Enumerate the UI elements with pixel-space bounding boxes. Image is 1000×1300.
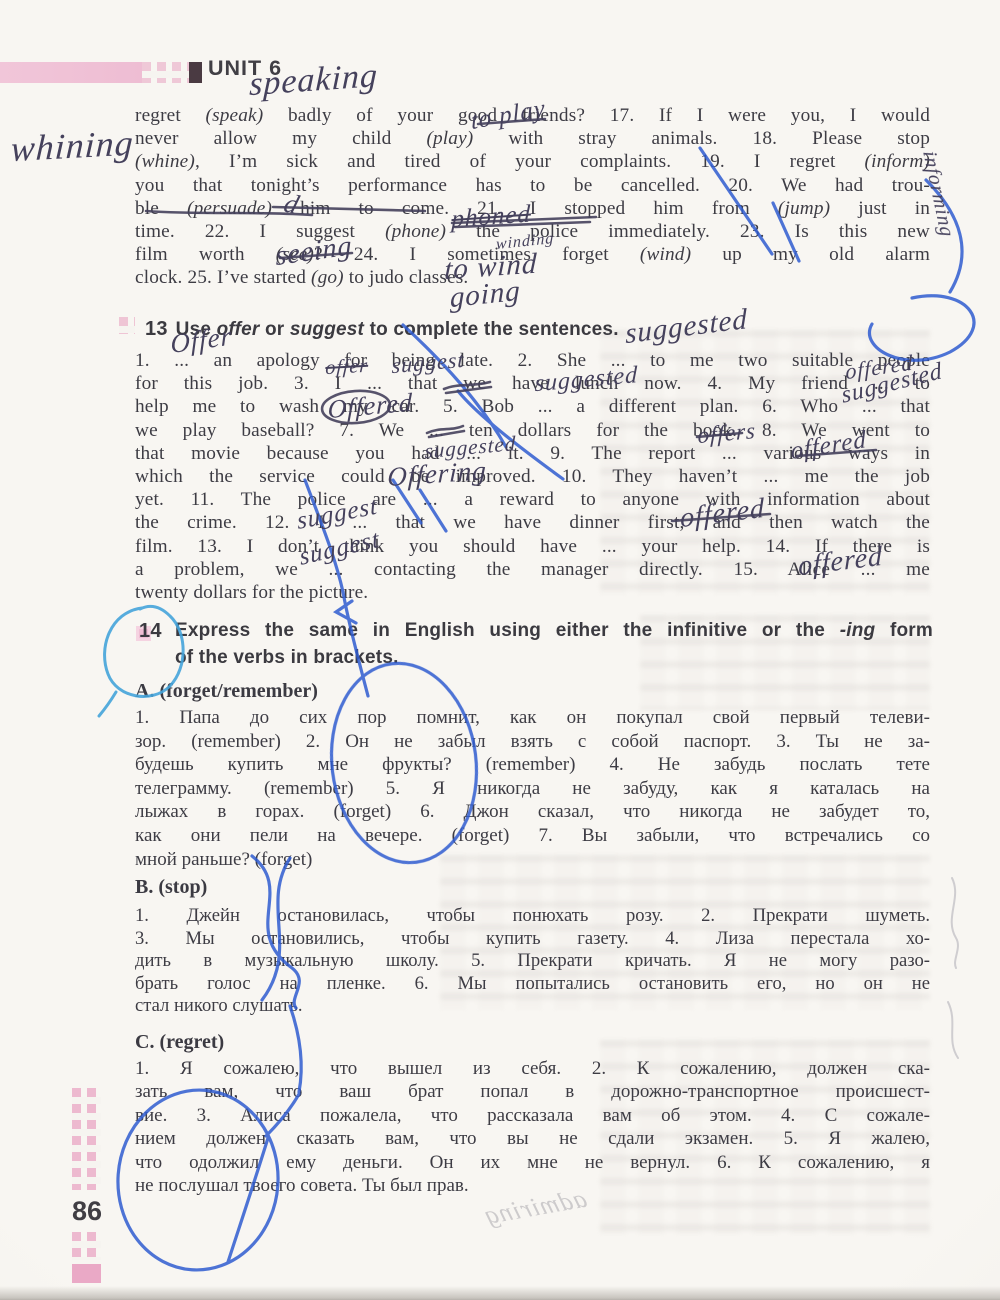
faint-pencil-squiggles bbox=[948, 878, 958, 1058]
exercise-continuation-paragraph: regret (speak) badly of your good friend… bbox=[135, 104, 930, 290]
exercise13-number: 13 bbox=[145, 318, 176, 340]
text-line: a problem, we ... contacting the manager… bbox=[135, 558, 930, 581]
sectionC-body: 1. Я сожалею, что вышел из себя. 2. К со… bbox=[135, 1057, 930, 1197]
text-line: 1. Джейн остановилась, чтобы понюхать ро… bbox=[135, 905, 930, 928]
unit-header-pink-bar bbox=[0, 62, 142, 83]
text-line: стал никого слушать. bbox=[135, 995, 930, 1018]
text-line: regret (speak) badly of your good friend… bbox=[135, 104, 930, 127]
text-line: of the verbs in brackets. bbox=[175, 645, 933, 672]
text-line: help me to wash my car. 5. Bob ... a dif… bbox=[135, 395, 930, 418]
exercise13-header: 13Use offer or suggest to complete the s… bbox=[145, 316, 935, 344]
text-line: we play baseball? 7. We ... ten dollars … bbox=[135, 419, 930, 442]
exercise13-bullet-icon bbox=[119, 317, 135, 334]
text-line: which the service could be improved. 10.… bbox=[135, 465, 930, 488]
text-line: что одолжил ему деньги. Он их мне не вер… bbox=[135, 1151, 930, 1174]
exercise13-title: Use offer or suggest to complete the sen… bbox=[176, 319, 619, 340]
exercise14-number: 14 bbox=[139, 618, 165, 646]
text-line: нием должен сказать вам, что вы не сдали… bbox=[135, 1127, 930, 1150]
text-line: будешь купить мне фрукты? (remember) 4. … bbox=[135, 753, 930, 777]
text-line: 3. Мы остановились, чтобы купить газету.… bbox=[135, 928, 930, 951]
sectionA-header: A. (forget/remember) bbox=[135, 680, 318, 703]
sectionB-header: B. (stop) bbox=[135, 876, 207, 899]
unit-header-checker bbox=[142, 62, 194, 83]
text-line: film. 13. I don’t think you should have … bbox=[135, 535, 930, 558]
text-line: дить в музыкальную школу. 5. Прекрати кр… bbox=[135, 950, 930, 973]
text-line: twenty dollars for the picture. bbox=[135, 581, 930, 604]
margin-checker-lower bbox=[72, 1232, 101, 1260]
text-line: film worth (see)? 24. I sometimes forget… bbox=[135, 243, 930, 266]
text-line: мной раньше? (forget) bbox=[135, 848, 930, 872]
text-line: 1. Папа до сих пор помнит, как он покупа… bbox=[135, 706, 930, 730]
sectionA-body: 1. Папа до сих пор помнит, как он покупа… bbox=[135, 706, 930, 871]
margin-pink-block bbox=[72, 1264, 101, 1283]
margin-checker-upper bbox=[72, 1088, 101, 1190]
text-line: yet. 11. The police are ... a reward to … bbox=[135, 488, 930, 511]
handwritten-word: whining bbox=[10, 122, 135, 171]
text-line: 1. Я сожалею, что вышел из себя. 2. К со… bbox=[135, 1057, 930, 1080]
text-line: you that tonight’s performance has to be… bbox=[135, 174, 930, 197]
exercise14-title: Express the same in English using either… bbox=[175, 618, 933, 671]
exercise13-body: 1. ... an apology for being late. 2. She… bbox=[135, 349, 930, 604]
text-line: брать голос на пленке. 6. Мы попытались … bbox=[135, 973, 930, 996]
text-line: never allow my child (play) with stray a… bbox=[135, 127, 930, 150]
sectionB-body: 1. Джейн остановилась, чтобы понюхать ро… bbox=[135, 905, 930, 1018]
scanned-textbook-page: UNIT 6 regret (speak) badly of your good… bbox=[0, 0, 1000, 1300]
text-line: the crime. 12. I ... that we have dinner… bbox=[135, 511, 930, 534]
page-bottom-edge-shadow bbox=[0, 1286, 1000, 1300]
text-line: не послушал твоего совета. Ты был прав. bbox=[135, 1174, 930, 1197]
text-line: (whine), I’m sick and tired of your comp… bbox=[135, 150, 930, 173]
text-line: лыжах в горах. (forget) 6. Джон сказал, … bbox=[135, 800, 930, 824]
unit-title: UNIT 6 bbox=[208, 56, 282, 81]
text-line: вие. 3. Алиса пожалела, что рассказала в… bbox=[135, 1104, 930, 1127]
text-line: that movie because you had ... it. 9. Th… bbox=[135, 442, 930, 465]
text-line: зать вам, что ваш брат попал в дорожно-т… bbox=[135, 1080, 930, 1103]
unit-header-dark-block bbox=[189, 62, 202, 83]
text-line: ble (persuade) him to come. 21. I stoppe… bbox=[135, 197, 930, 220]
text-line: time. 22. I suggest (phone) the police i… bbox=[135, 220, 930, 243]
sectionC-header: C. (regret) bbox=[135, 1031, 224, 1054]
page-number: 86 bbox=[72, 1196, 102, 1227]
text-line: зор. (remember) 2. Он не забыл взять с с… bbox=[135, 730, 930, 754]
text-line: for this job. 3. I ... that we have lunc… bbox=[135, 372, 930, 395]
text-line: как они пели на вечере. (forget) 7. Вы з… bbox=[135, 824, 930, 848]
text-line: 1. ... an apology for being late. 2. She… bbox=[135, 349, 930, 372]
text-line: clock. 25. I’ve started (go) to judo cla… bbox=[135, 266, 930, 289]
text-line: Express the same in English using either… bbox=[175, 618, 933, 645]
text-line: телеграмму. (remember) 5. Я никогда не з… bbox=[135, 777, 930, 801]
